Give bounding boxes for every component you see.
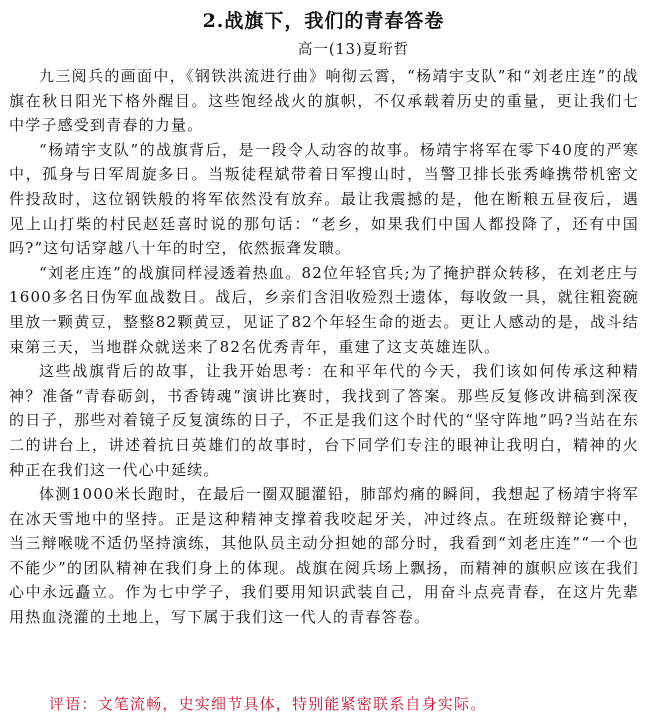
essay-body: 九三阅兵的画面中，《钢铁洪流进行曲》响彻云霄，“杨靖宇支队”和“刘老庄连”的战旗… — [9, 64, 639, 630]
paragraph-3: “刘老庄连”的战旗同样浸透着热血。82位年轻官兵;为了掩护群众转移，在刘老庄与1… — [9, 261, 639, 359]
essay-title: 2.战旗下，我们的青春答卷 — [0, 6, 647, 33]
paragraph-2: “杨靖宇支队”的战旗背后，是一段令人动容的故事。杨靖宇将军在零下40度的严寒中，… — [9, 138, 639, 261]
paragraph-5: 体测1000米长跑时，在最后一圈双腿灌铅，肺部灼痛的瞬间，我想起了杨靖宇将军在冰… — [9, 482, 639, 630]
paragraph-1: 九三阅兵的画面中，《钢铁洪流进行曲》响彻云霄，“杨靖宇支队”和“刘老庄连”的战旗… — [9, 64, 639, 138]
paragraph-4: 这些战旗背后的故事，让我开始思考：在和平年代的今天，我们该如何传承这种精神？准备… — [9, 359, 639, 482]
teacher-comment: 评语：文笔流畅，史实细节具体，特别能紧密联系自身实际。 — [49, 693, 486, 714]
essay-author: 高一(13)夏珩哲 — [0, 38, 647, 59]
